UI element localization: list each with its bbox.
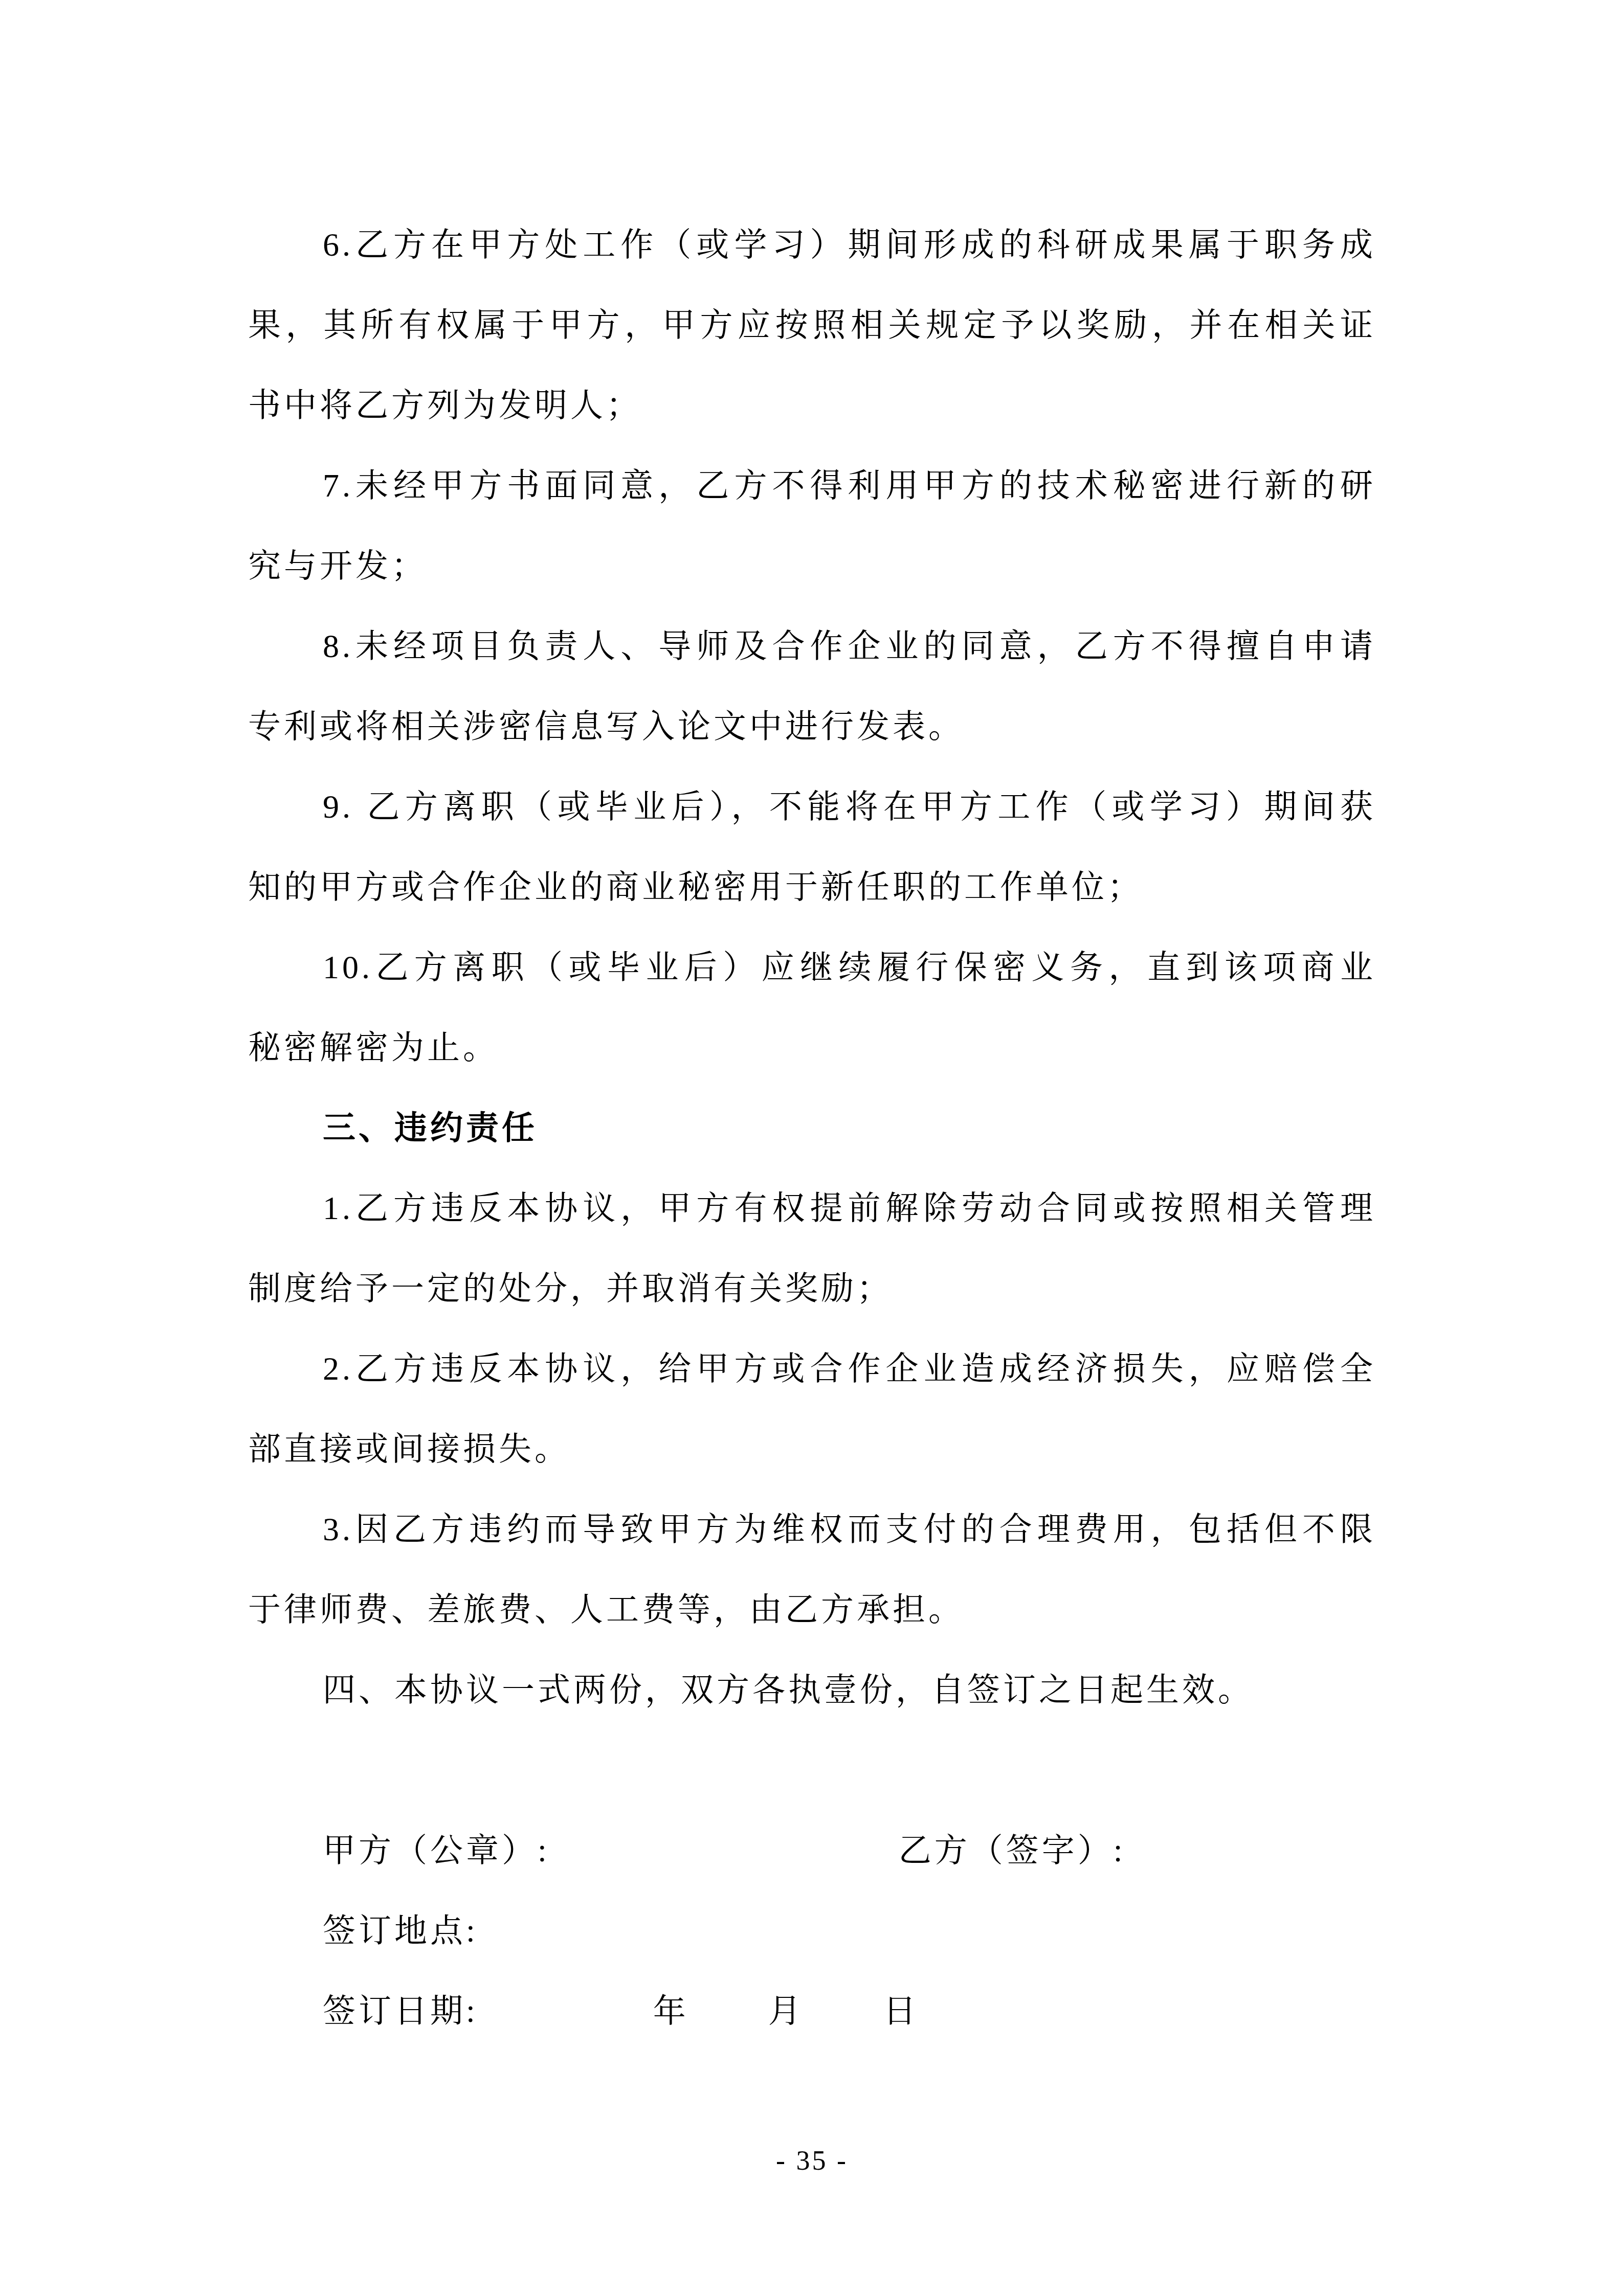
document-line: 制度给予一定的处分，并取消有关奖励； (248, 1248, 1376, 1329)
party-b-sign-label: 乙方（签字）: (899, 1832, 1126, 1869)
document-line: 于律师费、差旅费、人工费等，由乙方承担。 (248, 1569, 1376, 1650)
year-label: 年 (653, 1993, 689, 2029)
sign-place-row: 签订地点: (248, 1890, 1376, 1971)
document-line: 1.乙方违反本协议，甲方有权提前解除劳动合同或按照相关管理 (248, 1168, 1376, 1248)
document-page: 6.乙方在甲方处工作（或学习）期间形成的科研成果属于职务成 果，其所有权属于甲方… (0, 0, 1624, 2296)
document-line: 书中将乙方列为发明人； (248, 365, 1376, 445)
blank-line (248, 1730, 1376, 1810)
party-a-seal-label: 甲方（公章）: (323, 1832, 550, 1869)
signature-row: 甲方（公章）:乙方（签字）: (248, 1810, 1376, 1890)
sign-place-label: 签订地点: (323, 1912, 478, 1949)
document-line: 8.未经项目负责人、导师及合作企业的同意，乙方不得擅自申请 (248, 606, 1376, 686)
document-line: 部直接或间接损失。 (248, 1409, 1376, 1489)
document-line: 10.乙方离职（或毕业后）应继续履行保密义务，直到该项商业 (248, 927, 1376, 1007)
month-label: 月 (768, 1993, 804, 2029)
document-line: 6.乙方在甲方处工作（或学习）期间形成的科研成果属于职务成 (248, 205, 1376, 285)
document-line: 秘密解密为止。 (248, 1007, 1376, 1088)
document-line: 2.乙方违反本协议，给甲方或合作企业造成经济损失，应赔偿全 (248, 1329, 1376, 1409)
document-line: 果，其所有权属于甲方，甲方应按照相关规定予以奖励，并在相关证 (248, 285, 1376, 365)
document-body: 6.乙方在甲方处工作（或学习）期间形成的科研成果属于职务成 果，其所有权属于甲方… (248, 205, 1376, 2051)
document-line: 7.未经甲方书面同意，乙方不得利用甲方的技术秘密进行新的研 (248, 445, 1376, 526)
document-line: 四、本协议一式两份，双方各执壹份，自签订之日起生效。 (248, 1650, 1376, 1730)
day-label: 日 (883, 1993, 919, 2029)
sign-date-label: 签订日期: (323, 1993, 478, 2029)
document-line: 专利或将相关涉密信息写入论文中进行发表。 (248, 686, 1376, 767)
document-line: 3.因乙方违约而导致甲方为维权而支付的合理费用，包括但不限 (248, 1489, 1376, 1569)
document-line: 知的甲方或合作企业的商业秘密用于新任职的工作单位； (248, 847, 1376, 927)
sign-date-row: 签订日期:年月日 (248, 1971, 1376, 2051)
document-line: 究与开发； (248, 526, 1376, 606)
section-heading-breach-liability: 三、违约责任 (248, 1088, 1376, 1168)
document-line: 9. 乙方离职（或毕业后），不能将在甲方工作（或学习）期间获 (248, 767, 1376, 847)
page-number: - 35 - (0, 2140, 1624, 2181)
